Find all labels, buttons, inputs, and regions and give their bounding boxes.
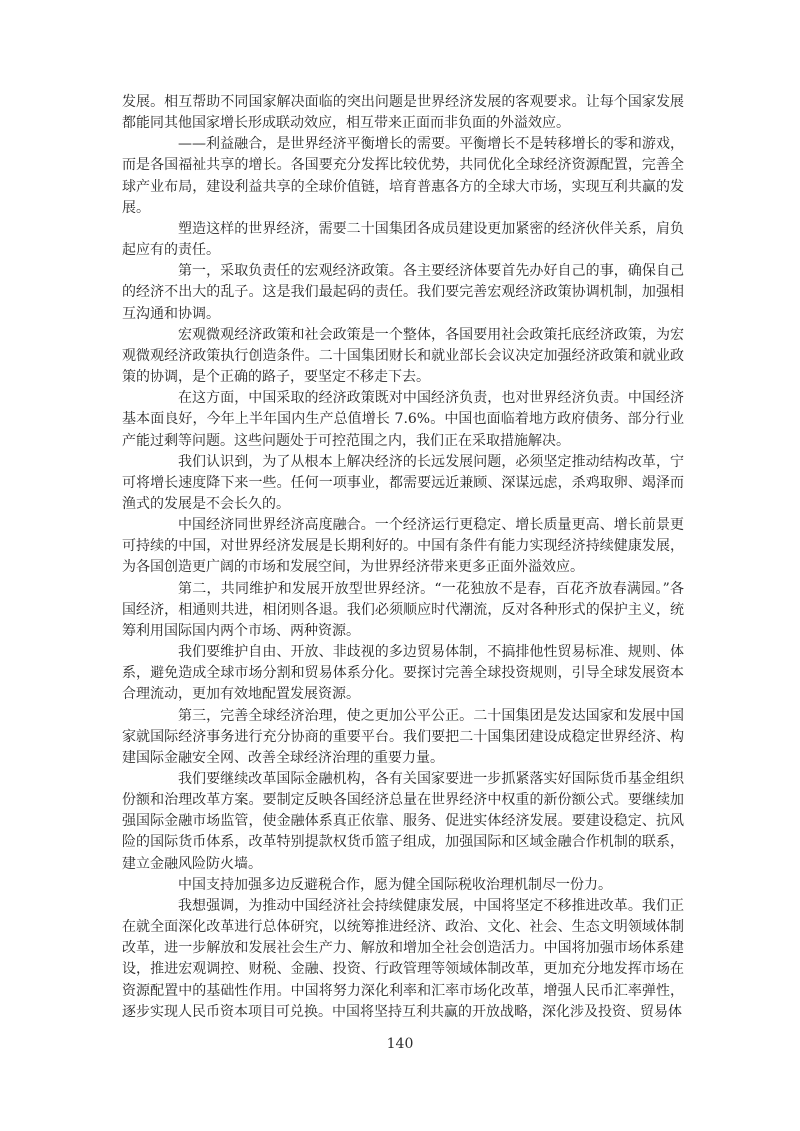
paragraph: 第二，共同维护和发展开放型世界经济。“一花独放不是春，百花齐放春满园。”各国经济… xyxy=(122,579,684,642)
paragraph: 中国经济同世界经济高度融合。一个经济运行更稳定、增长质量更高、增长前景更可持续的… xyxy=(122,515,684,578)
paragraph: 宏观微观经济政策和社会政策是一个整体，各国要用社会政策托底经济政策，为宏观微观经… xyxy=(122,325,684,388)
paragraph: 中国支持加强多边反避税合作，愿为健全国际税收治理机制尽一份力。 xyxy=(122,875,684,896)
paragraph: 我们认识到，为了从根本上解决经济的长远发展问题，必须坚定推动结构改革，宁可将增长… xyxy=(122,452,684,515)
paragraph: 我们要继续改革国际金融机构，各有关国家要进一步抓紧落实好国际货币基金组织份额和治… xyxy=(122,769,684,875)
document-page: 发展。相互帮助不同国家解决面临的突出问题是世界经济发展的客观要求。让每个国家发展… xyxy=(0,0,800,1131)
paragraph: 第一，采取负责任的宏观经济政策。各主要经济体要首先办好自己的事，确保自己的经济不… xyxy=(122,261,684,324)
paragraph: 塑造这样的世界经济，需要二十国集团各成员建设更加紧密的经济伙伴关系，肩负起应有的… xyxy=(122,219,684,261)
paragraph: 在这方面，中国采取的经济政策既对中国经济负责，也对世界经济负责。中国经济基本面良… xyxy=(122,388,684,451)
paragraph: ——利益融合，是世界经济平衡增长的需要。平衡增长不是转移增长的零和游戏，而是各国… xyxy=(122,134,684,219)
paragraph: 我想强调，为推动中国经济社会持续健康发展，中国将坚定不移推进改革。我们正在就全面… xyxy=(122,896,684,1023)
paragraph: 发展。相互帮助不同国家解决面临的突出问题是世界经济发展的客观要求。让每个国家发展… xyxy=(122,92,684,134)
document-body: 发展。相互帮助不同国家解决面临的突出问题是世界经济发展的客观要求。让每个国家发展… xyxy=(122,92,684,1023)
paragraph: 第三，完善全球经济治理，使之更加公平公正。二十国集团是发达国家和发展中国家就国际… xyxy=(122,706,684,769)
paragraph: 我们要维护自由、开放、非歧视的多边贸易体制，不搞排他性贸易标准、规则、体系，避免… xyxy=(122,642,684,705)
page-number: 140 xyxy=(0,1036,800,1052)
